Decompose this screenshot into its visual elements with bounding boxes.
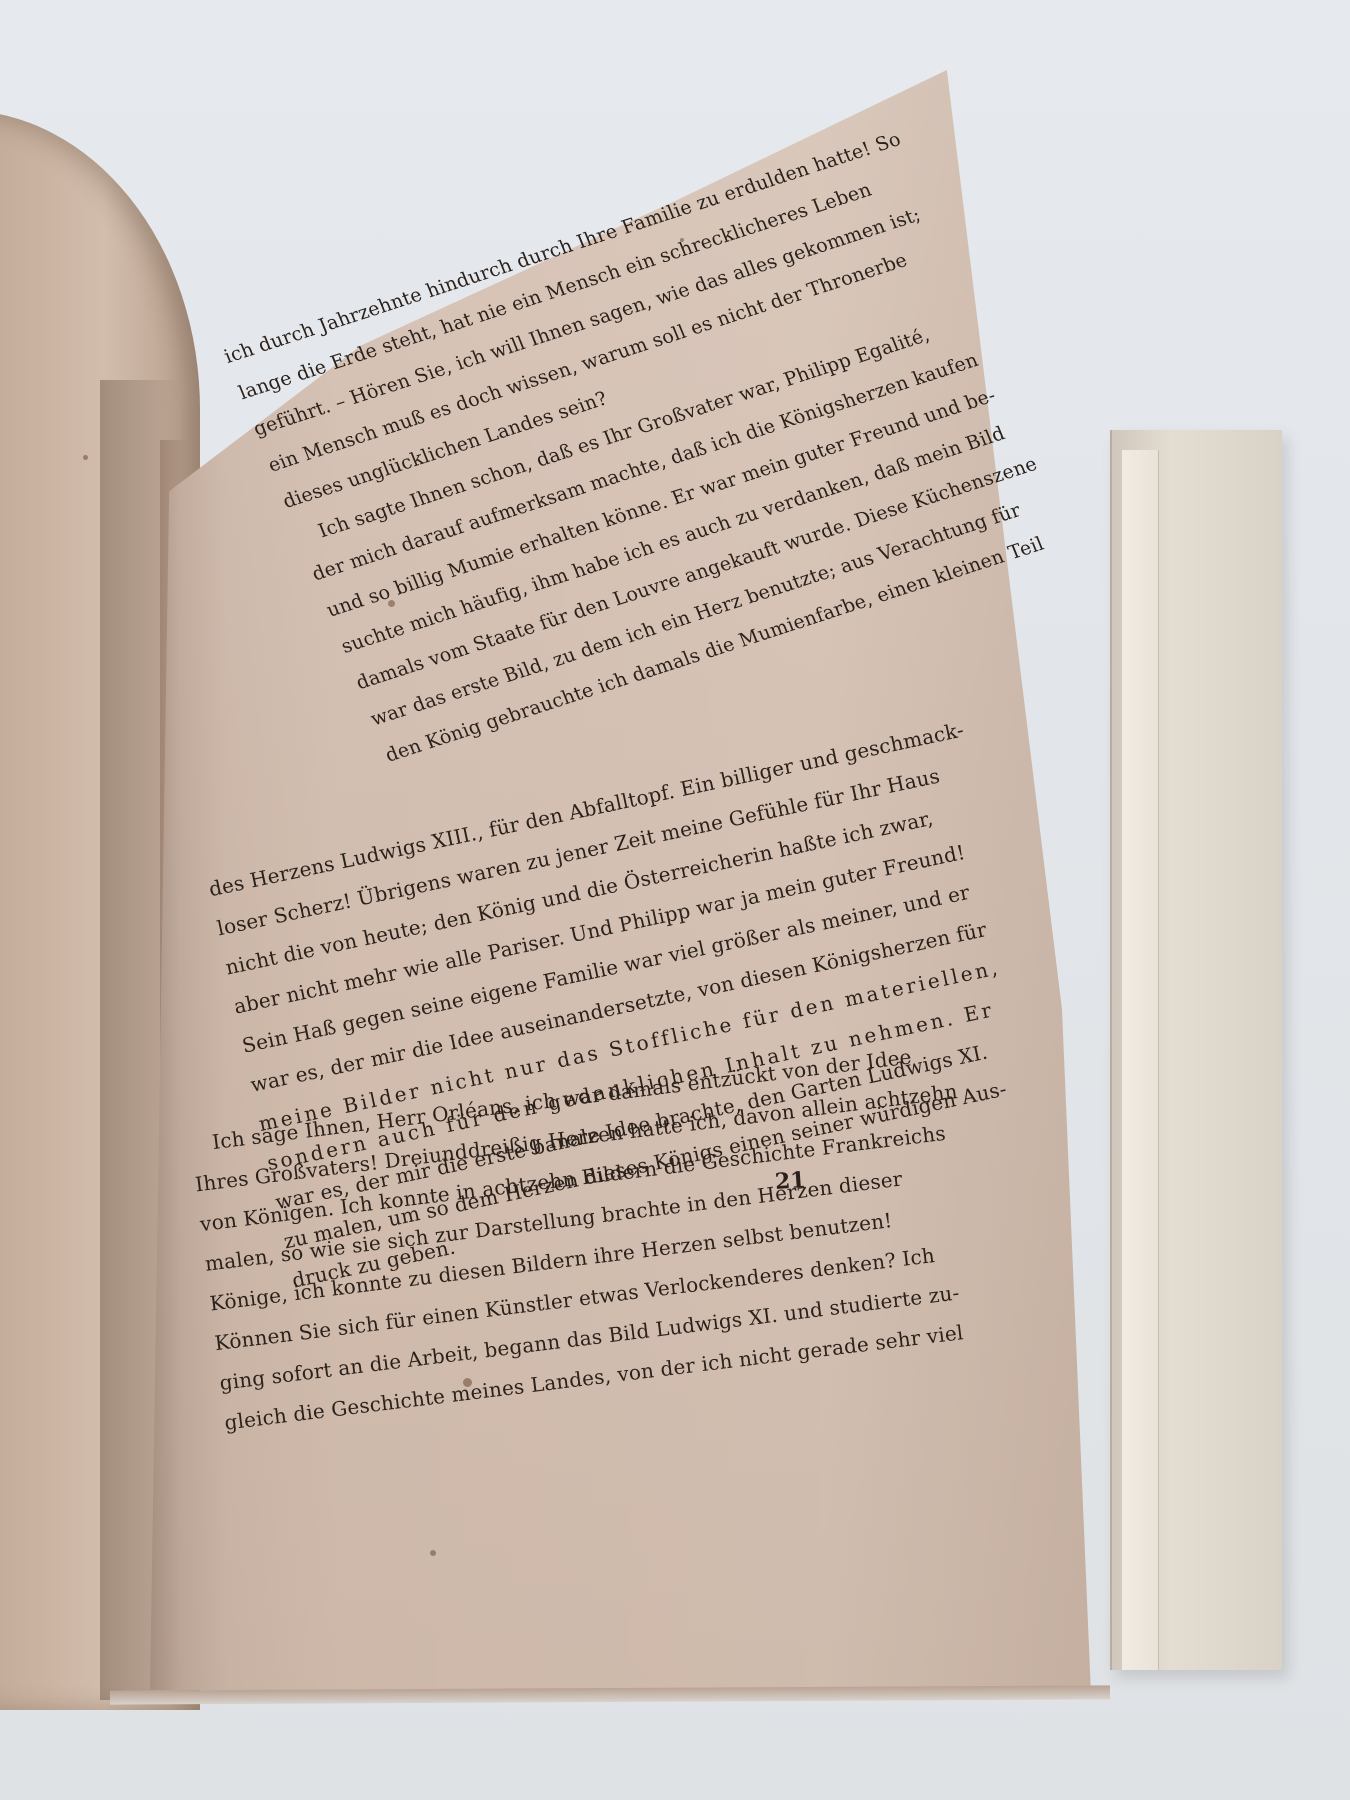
spine-shadow — [100, 380, 180, 1700]
photo-scene: ich durch Jahrzehnte hindurch durch Ihre… — [0, 0, 1350, 1800]
page-number: 21 — [774, 1167, 806, 1195]
book-cover-inner-edge — [1122, 450, 1159, 1670]
